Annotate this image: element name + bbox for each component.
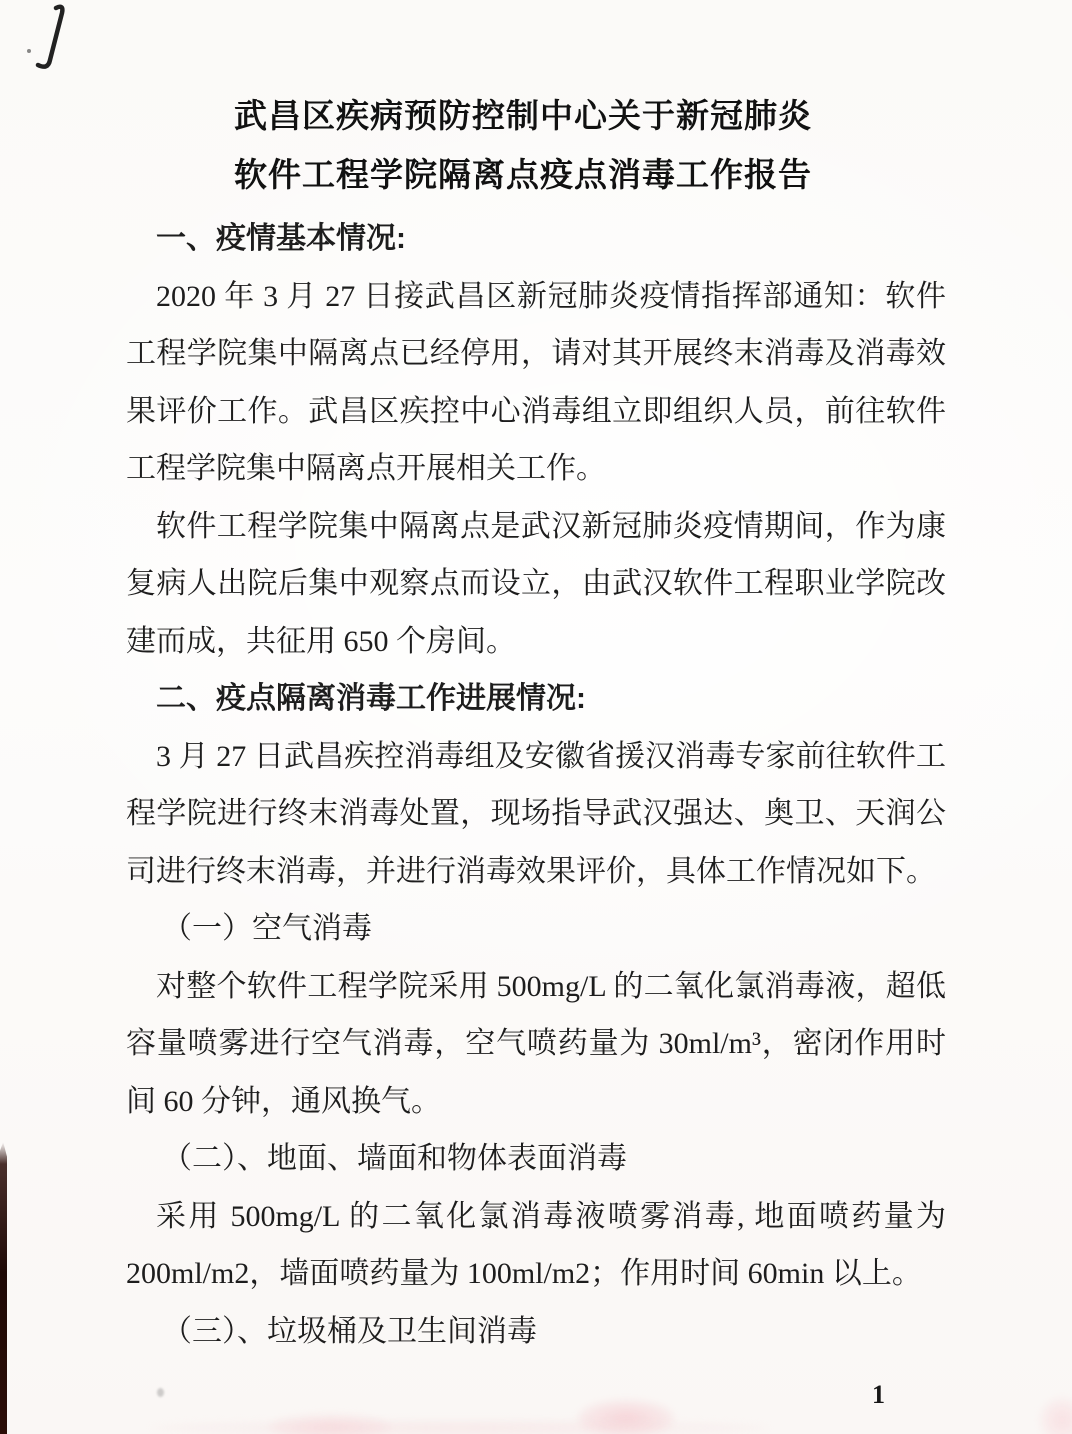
scan-speck — [157, 1388, 164, 1397]
document-content: 武昌区疾病预防控制中心关于新冠肺炎 软件工程学院隔离点疫点消毒工作报告 一、疫情… — [126, 86, 946, 1360]
paragraph-command-notification: 2020 年 3 月 27 日接武昌区新冠肺炎疫情指挥部通知：软件工程学院集中隔… — [126, 268, 946, 498]
paragraph-disinfection-team-dispatch: 3 月 27 日武昌疾控消毒组及安徽省援汉消毒专家前往软件工程学院进行终末消毒处… — [126, 728, 946, 901]
staple-scan-artifact — [26, 4, 74, 76]
paragraph-quarantine-site-background: 软件工程学院集中隔离点是武汉新冠肺炎疫情期间，作为康复病人出院后集中观察点而设立… — [126, 498, 946, 671]
subheading-trash-toilet-disinfection: （三）、垃圾桶及卫生间消毒 — [126, 1303, 946, 1361]
document-body: 一、疫情基本情况: 2020 年 3 月 27 日接武昌区新冠肺炎疫情指挥部通知… — [126, 210, 946, 1360]
pink-stain — [270, 1414, 390, 1434]
title-line-1: 武昌区疾病预防控制中心关于新冠肺炎 — [126, 86, 920, 145]
pink-stain — [578, 1400, 674, 1434]
subheading-surface-disinfection: （二）、地面、墙面和物体表面消毒 — [126, 1130, 946, 1188]
page-number: 1 — [872, 1380, 885, 1410]
scan-edge-shadow — [0, 1142, 7, 1434]
heading-epidemic-basic-situation: 一、疫情基本情况: — [126, 210, 946, 268]
document-title: 武昌区疾病预防控制中心关于新冠肺炎 软件工程学院隔离点疫点消毒工作报告 — [126, 86, 946, 204]
heading-disinfection-progress: 二、疫点隔离消毒工作进展情况: — [126, 670, 946, 728]
paragraph-air-disinfection-detail: 对整个软件工程学院采用 500mg/L 的二氧化氯消毒液，超低容量喷雾进行空气消… — [126, 958, 946, 1131]
pink-stain — [1040, 1398, 1072, 1434]
paragraph-surface-disinfection-detail: 采用 500mg/L 的二氧化氯消毒液喷雾消毒, 地面喷药量为 200ml/m2… — [126, 1188, 946, 1303]
subheading-air-disinfection: （一）空气消毒 — [126, 900, 946, 958]
title-line-2: 软件工程学院隔离点疫点消毒工作报告 — [126, 145, 920, 204]
scanned-document-page: 武昌区疾病预防控制中心关于新冠肺炎 软件工程学院隔离点疫点消毒工作报告 一、疫情… — [0, 0, 1072, 1434]
pink-stain — [150, 1420, 770, 1434]
